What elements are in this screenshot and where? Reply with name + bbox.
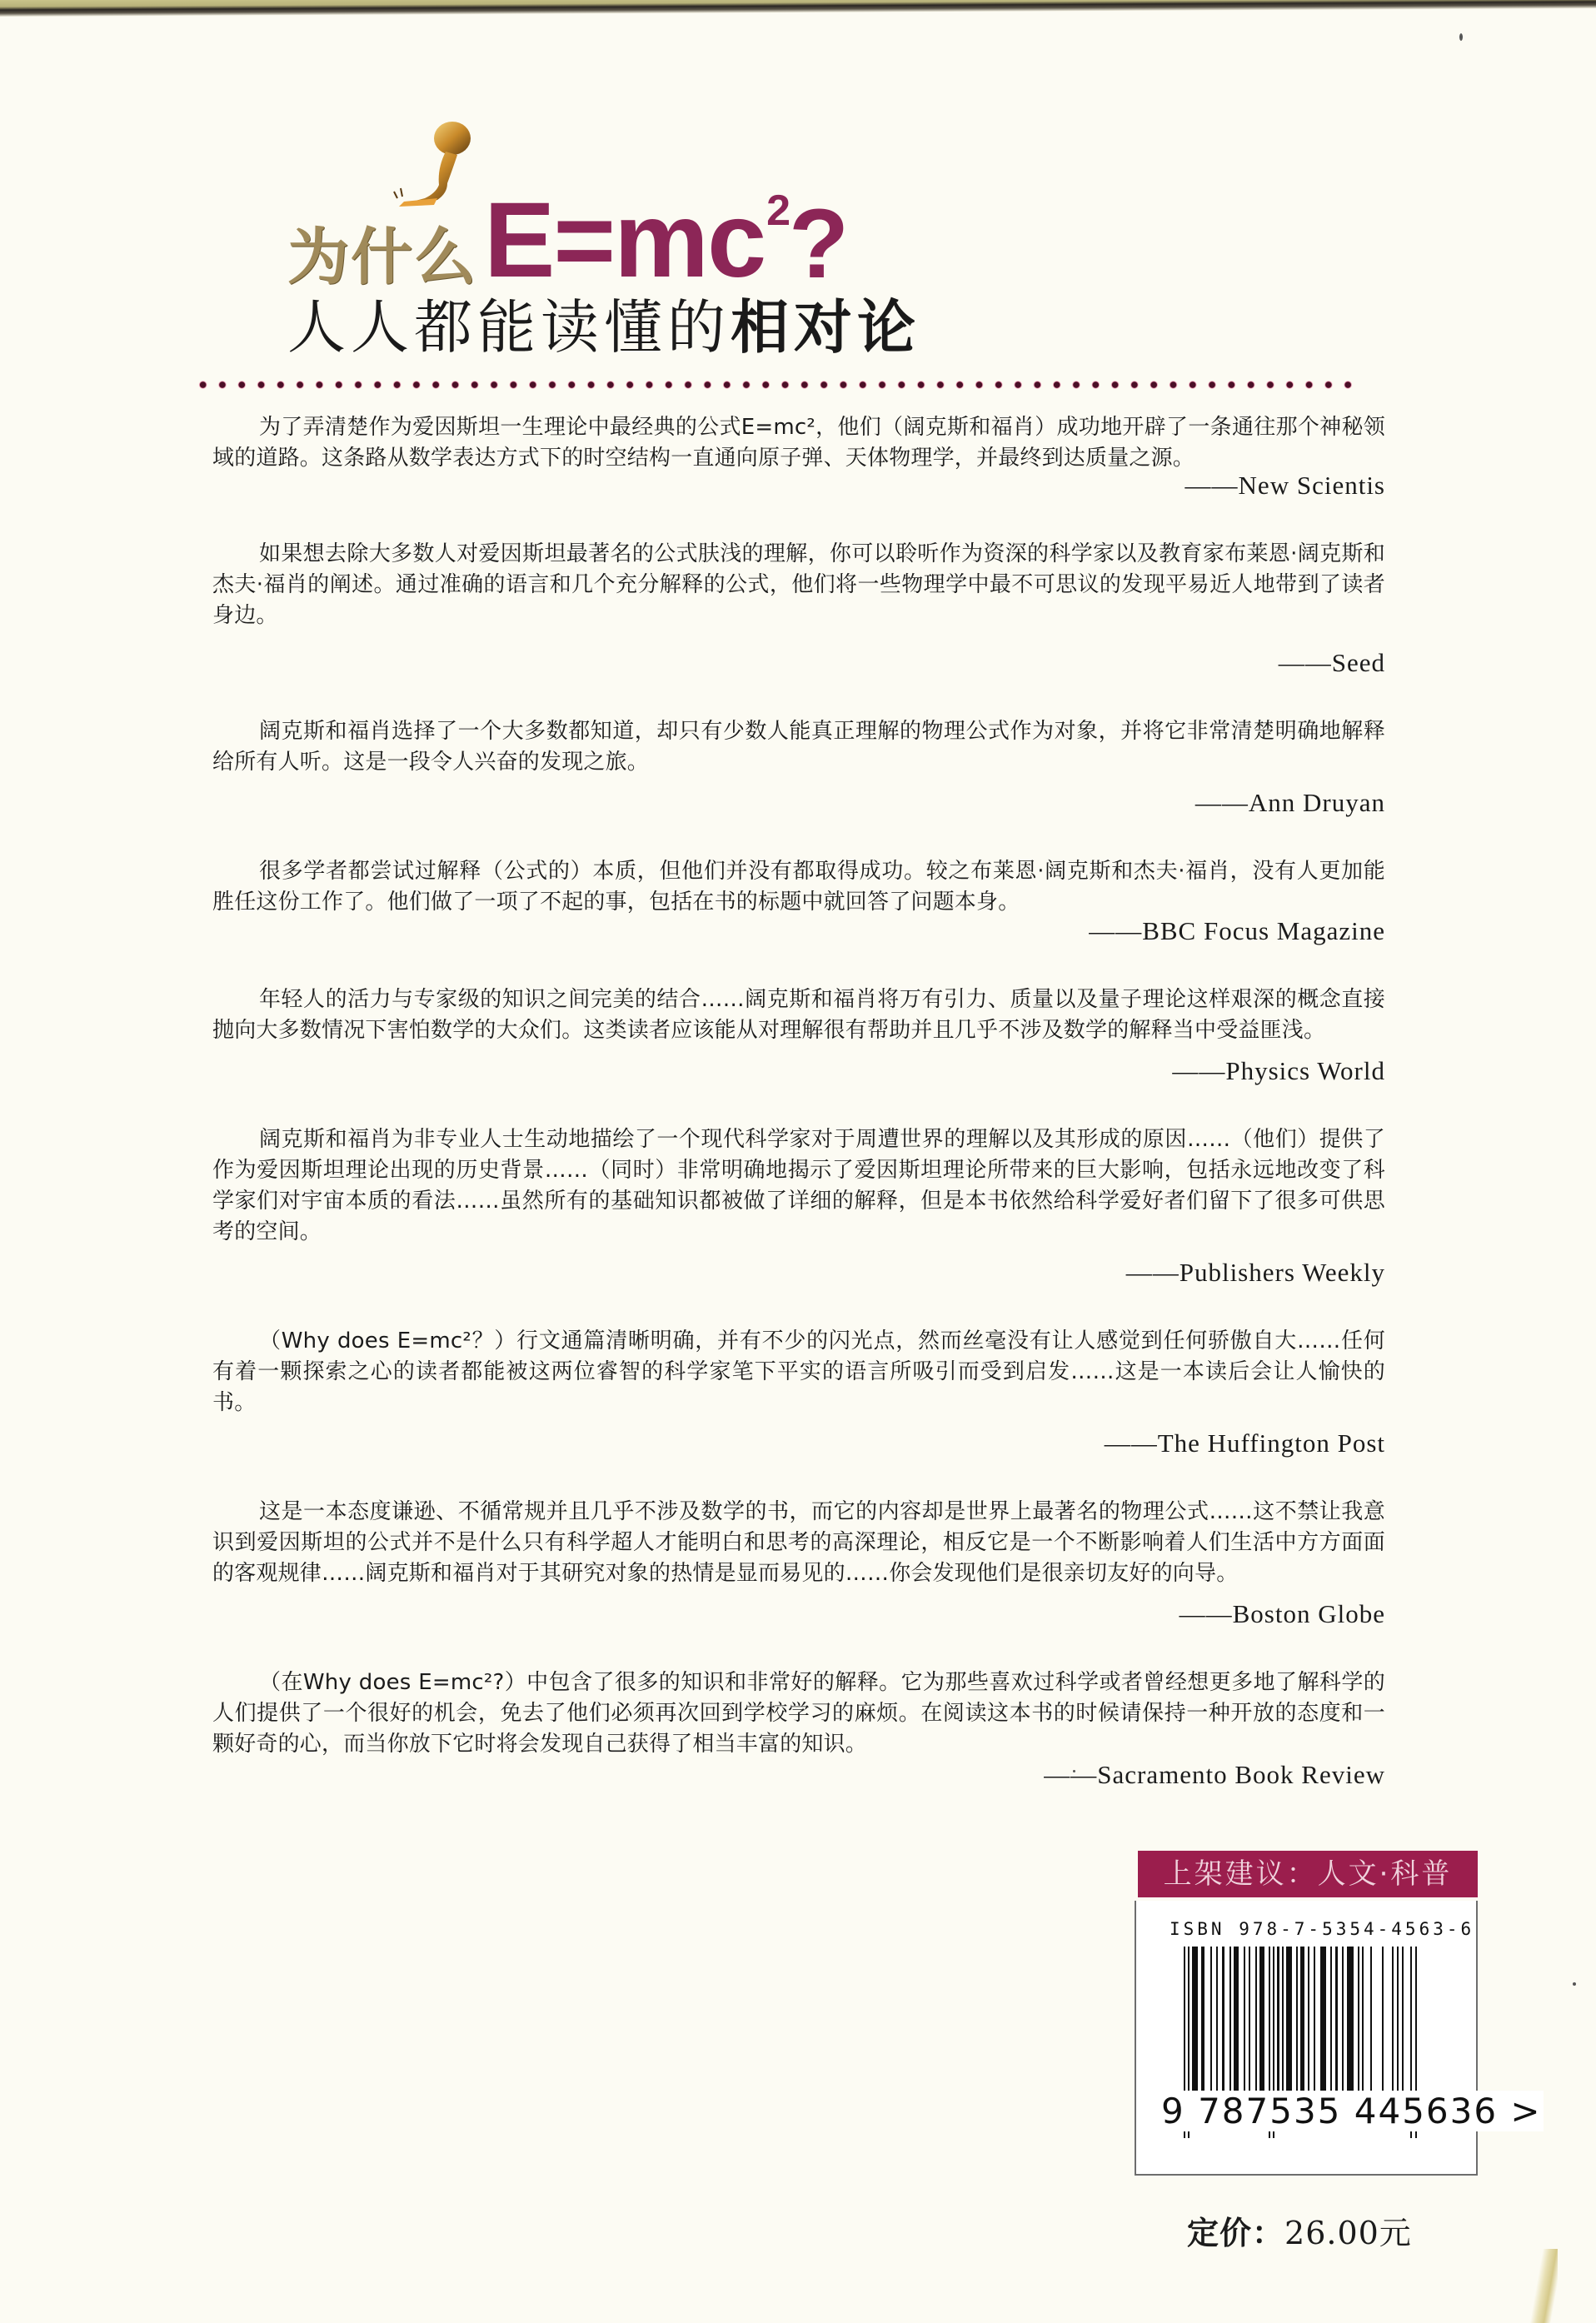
book-back-cover: 为什么 E=mc2 ? 人人都能读懂的相对论 为了弄清楚作为爱因斯坦一生理论中最… [0,0,1596,2323]
title-equation-text: E=mc [484,181,765,300]
review-source: ——Boston Globe [212,1598,1385,1631]
review-text: 这是一本态度谦逊、不循常规并且几乎不涉及数学的书，而它的内容却是世界上最著名的物… [212,1497,1385,1589]
review-item: （在Why does E=mc²?）中包含了很多的知识和非常好的解释。它为那些喜… [212,1667,1385,1792]
title-equation: E=mc2 [484,192,789,288]
title-superscript: 2 [766,187,789,235]
review-text: 很多学者都尝试过解释（公式的）本质，但他们并没有都取得成功。较之布莱恩·阔克斯和… [212,856,1385,918]
review-text: 阔克斯和福肖为非专业人士生动地描绘了一个现代科学家对于周遭世界的理解以及其形成的… [212,1124,1385,1248]
price-label: 定价： [1187,2214,1284,2251]
cover-top-edge [0,0,1596,17]
shelf-category-label: 上架建议：人文·科普 [1138,1851,1478,1897]
review-item: 年轻人的活力与专家级的知识之间完美的结合……阔克斯和福肖将万有引力、质量以及量子… [212,985,1385,1088]
review-item: 为了弄清楚作为爱因斯坦一生理论中最经典的公式E=mc²，他们（阔克斯和福肖）成功… [212,412,1385,502]
review-item: 阔克斯和福肖选择了一个大多数都知道，却只有少数人能真正理解的物理公式作为对象，并… [212,716,1385,820]
barcode-digits: 9 787535 445636 > [1160,2091,1544,2131]
subtitle-plain: 人人都能读懂的 [287,293,731,361]
book-title: 为什么 E=mc2 ? [287,108,1037,300]
review-source: ——Publishers Weekly [212,1256,1385,1289]
subtitle-bold: 相对论 [731,293,920,361]
page-crease [1524,2249,1558,2323]
isbn-number: ISBN 978-7-5354-4563-6 [1170,1919,1474,1939]
review-text: 如果想去除大多数人对爱因斯坦最著名的公式肤浅的理解，你可以聆听作为资深的科学家以… [212,539,1385,631]
review-item: 这是一本态度谦逊、不循常规并且几乎不涉及数学的书，而它的内容却是世界上最著名的物… [212,1497,1385,1631]
review-source: ——Seed [212,646,1385,680]
review-text: 为了弄清楚作为爱因斯坦一生理论中最经典的公式E=mc²，他们（阔克斯和福肖）成功… [212,412,1385,474]
review-source: ——New Scientis [212,469,1385,502]
title-prefix: 为什么 [287,227,477,288]
dotted-divider [193,380,1359,390]
review-source: ——Physics World [212,1054,1385,1088]
review-text: 阔克斯和福肖选择了一个大多数都知道，却只有少数人能真正理解的物理公式作为对象，并… [212,716,1385,778]
review-source: ——Ann Druyan [212,786,1385,820]
review-item: （Why does E=mc²？）行文通篇清晰明确，并有不少的闪光点，然而丝毫没… [212,1326,1385,1460]
review-text: （在Why does E=mc²?）中包含了很多的知识和非常好的解释。它为那些喜… [212,1667,1385,1760]
review-source: ——BBC Focus Magazine [212,915,1385,948]
isbn-barcode-box: ISBN 978-7-5354-4563-6 [1135,1901,1478,2176]
review-text: 年轻人的活力与专家级的知识之间完美的结合……阔克斯和福肖将万有引力、质量以及量子… [212,985,1385,1046]
scan-speck [1573,1982,1576,1986]
review-text: （Why does E=mc²？）行文通篇清晰明确，并有不少的闪光点，然而丝毫没… [212,1326,1385,1418]
review-item: 很多学者都尝试过解释（公式的）本质，但他们并没有都取得成功。较之布莱恩·阔克斯和… [212,856,1385,948]
review-source: ——Sacramento Book Review [212,1758,1385,1792]
title-question-mark: ? [789,200,849,288]
review-item: 阔克斯和福肖为非专业人士生动地描绘了一个现代科学家对于周遭世界的理解以及其形成的… [212,1124,1385,1289]
review-source: ——The Huffington Post [212,1427,1385,1460]
scan-speck [1459,33,1463,41]
review-list: 为了弄清楚作为爱因斯坦一生理论中最经典的公式E=mc²，他们（阔克斯和福肖）成功… [212,412,1385,1792]
scan-speck [1073,1770,1075,1772]
price: 定价：26.00元 [1187,2207,1412,2253]
review-item: 如果想去除大多数人对爱因斯坦最著名的公式肤浅的理解，你可以聆听作为资深的科学家以… [212,539,1385,680]
book-subtitle: 人人都能读懂的相对论 [287,298,920,356]
title-line: 为什么 E=mc2 ? [287,192,849,288]
price-value: 26.00元 [1284,2215,1412,2251]
